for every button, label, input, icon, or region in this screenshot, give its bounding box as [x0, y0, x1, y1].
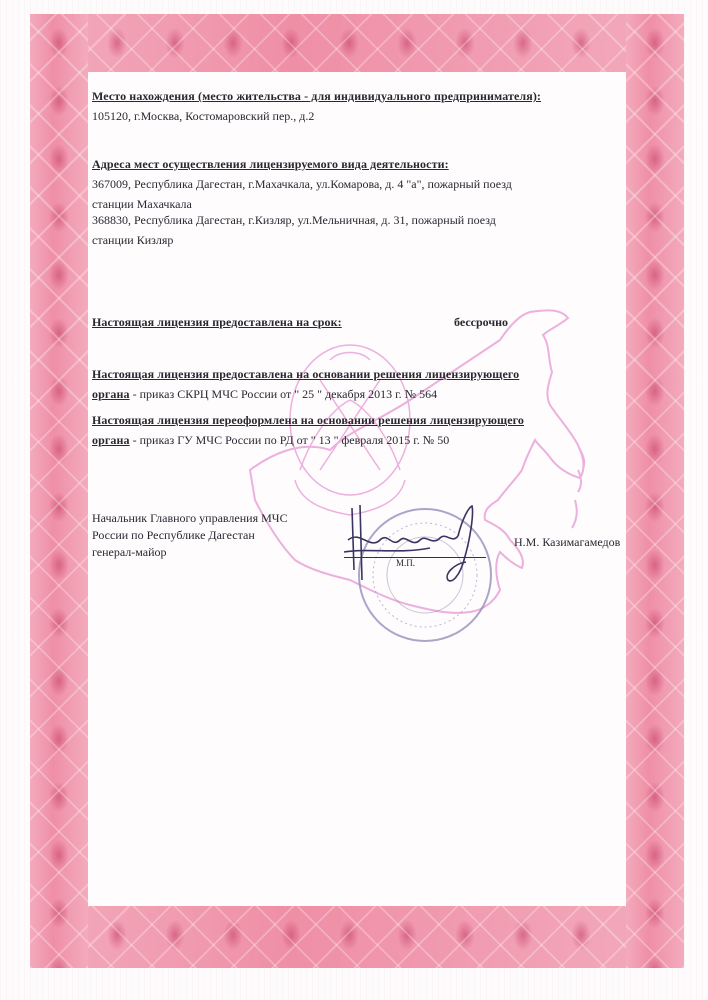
- address-1-line1: 367009, Республика Дагестан, г.Махачкала…: [92, 174, 632, 194]
- signatory-title-line3: генерал-майор: [92, 544, 288, 561]
- basis-value: - приказ СКРЦ МЧС России от " 25 " декаб…: [130, 387, 437, 401]
- address-2-line2: станции Кизляр: [92, 230, 632, 250]
- addresses-section: Адреса мест осуществления лицензируемого…: [92, 154, 632, 214]
- location-section: Место нахождения (место жительства - для…: [92, 86, 632, 126]
- reissue-heading-cont: органа: [92, 433, 130, 447]
- address-2-line1: 368830, Республика Дагестан, г.Кизляр, у…: [92, 210, 632, 230]
- signatory-title-line1: Начальник Главного управления МЧС: [92, 510, 288, 527]
- address-2: 368830, Республика Дагестан, г.Кизляр, у…: [92, 210, 632, 250]
- decorative-border-right: [626, 14, 684, 968]
- term-heading: Настоящая лицензия предоставлена на срок…: [92, 312, 632, 332]
- decorative-border-top: [30, 14, 684, 72]
- decorative-border-left: [30, 14, 88, 968]
- basis-heading-cont: органа: [92, 387, 130, 401]
- addresses-heading: Адреса мест осуществления лицензируемого…: [92, 154, 632, 174]
- signature-icon: [340, 500, 490, 590]
- location-heading: Место нахождения (место жительства - для…: [92, 86, 632, 106]
- basis-heading: Настоящая лицензия предоставлена на осно…: [92, 364, 632, 384]
- term-section: Настоящая лицензия предоставлена на срок…: [92, 312, 632, 332]
- signatory-name: Н.М. Казимагамедов: [514, 535, 620, 550]
- stamp-label: М.П.: [396, 558, 415, 568]
- reissue-heading: Настоящая лицензия переоформлена на осно…: [92, 410, 632, 430]
- signatory-title-line2: России по Республике Дагестан: [92, 527, 288, 544]
- signatory-title: Начальник Главного управления МЧС России…: [92, 510, 288, 561]
- reissue-value: - приказ ГУ МЧС России по РД от " 13 " ф…: [130, 433, 450, 447]
- reissue-section: Настоящая лицензия переоформлена на осно…: [92, 410, 632, 450]
- location-value: 105120, г.Москва, Костомаровский пер., д…: [92, 106, 632, 126]
- basis-section: Настоящая лицензия предоставлена на осно…: [92, 364, 632, 404]
- term-value: бессрочно: [454, 312, 508, 332]
- decorative-border-bottom: [30, 906, 684, 968]
